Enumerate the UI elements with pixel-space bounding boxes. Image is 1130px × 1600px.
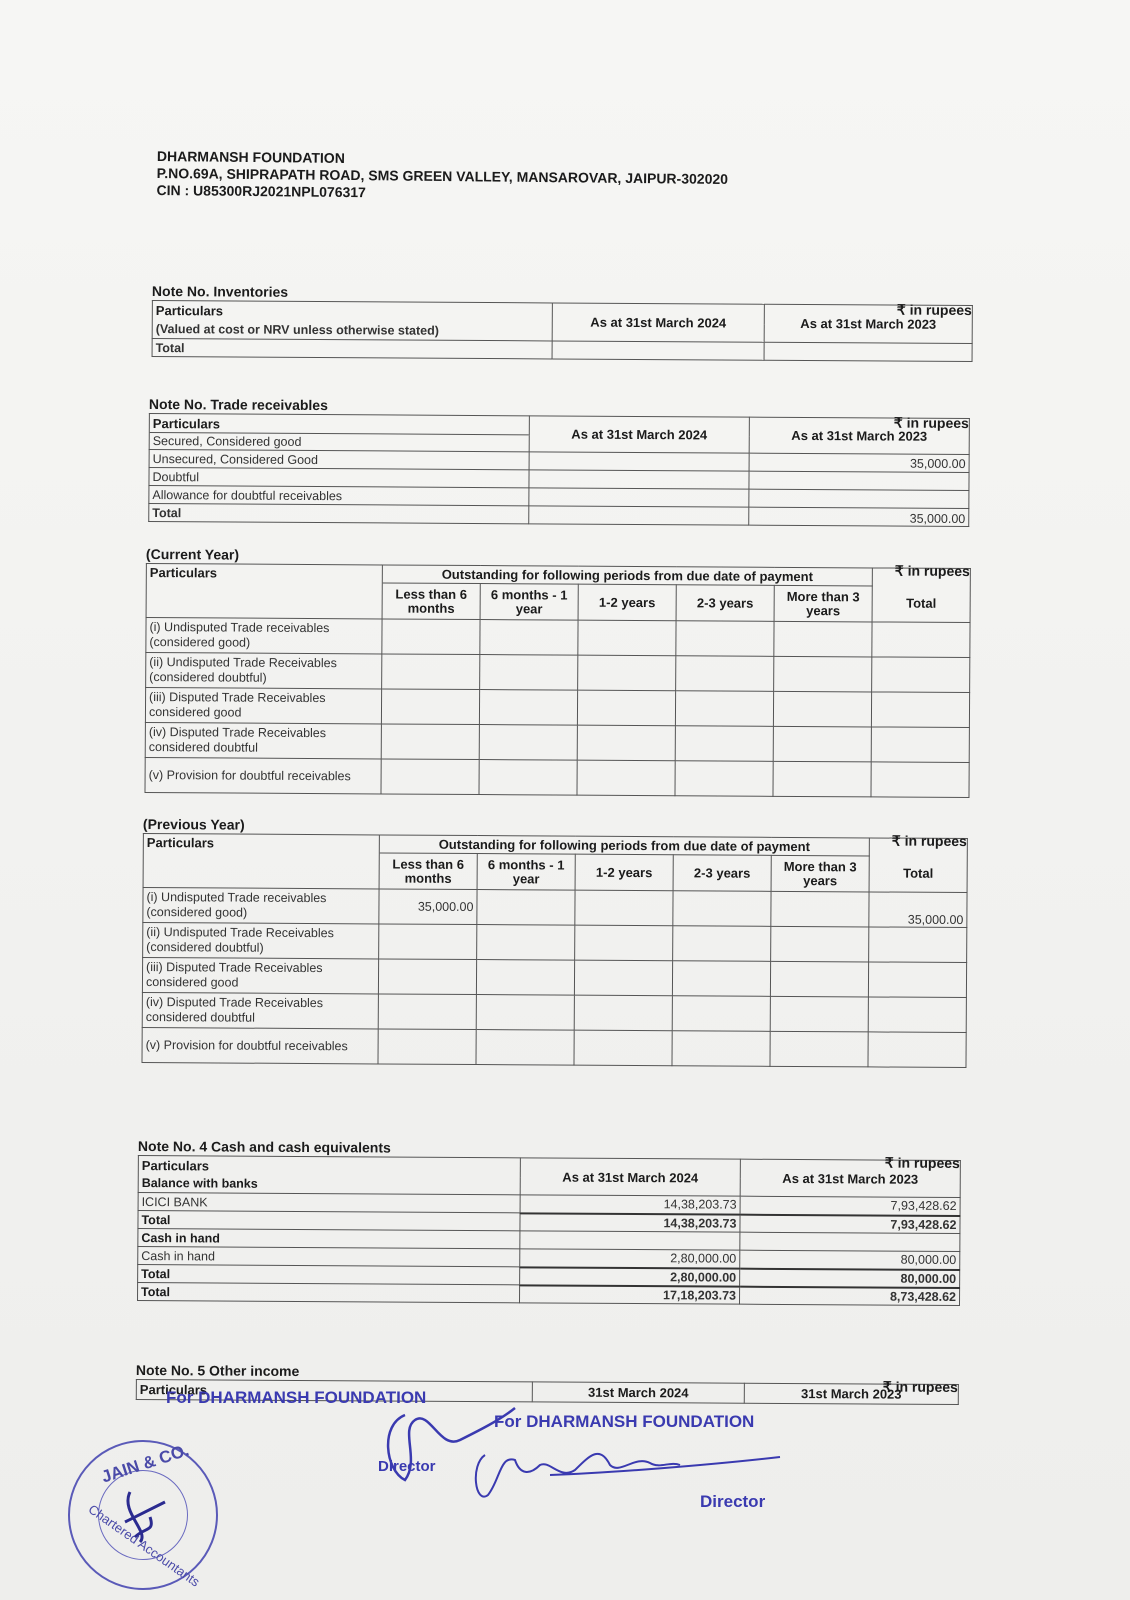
col-2024: As at 31st March 2024 bbox=[552, 303, 764, 342]
cell-value bbox=[378, 1029, 476, 1065]
table-row-label: Total bbox=[138, 1283, 520, 1303]
table-row: (iii) Disputed Trade Receivables conside… bbox=[142, 958, 966, 998]
cell-value bbox=[578, 655, 676, 691]
cell-value bbox=[740, 1232, 960, 1251]
currency-note: ₹ in rupees bbox=[897, 302, 972, 319]
cell-value: 7,93,428.62 bbox=[740, 1214, 960, 1233]
cell-value bbox=[749, 471, 969, 490]
cell-value bbox=[672, 961, 770, 997]
cell-value bbox=[529, 506, 749, 525]
table-row-label: Total bbox=[149, 504, 529, 524]
cell-value: 80,000.00 bbox=[740, 1268, 960, 1287]
table-row: (iii) Disputed Trade Receivables conside… bbox=[145, 688, 969, 728]
cash-table: Particulars As at 31st March 2024 As at … bbox=[137, 1155, 961, 1306]
cell-value: 2,80,000.00 bbox=[520, 1249, 740, 1268]
director-label-1: Director bbox=[378, 1458, 436, 1475]
cell-total bbox=[872, 657, 970, 693]
col-period: 6 months - 1 year bbox=[480, 584, 578, 621]
cell-value bbox=[382, 654, 480, 690]
table-row: (i) Undisputed Trade receivables (consid… bbox=[143, 888, 967, 928]
col-particulars: Particulars bbox=[152, 301, 552, 323]
col-period: Less than 6 months bbox=[382, 583, 480, 620]
table-row: (iv) Disputed Trade Receivables consider… bbox=[145, 722, 969, 762]
cell-value bbox=[574, 960, 672, 996]
company-header: DHARMANSH FOUNDATION P.NO.69A, SHIPRAPAT… bbox=[156, 148, 728, 205]
cell-value bbox=[552, 341, 764, 360]
cell-total bbox=[868, 997, 966, 1033]
currency-note: ₹ in rupees bbox=[883, 1379, 958, 1396]
col-particulars: Particulars bbox=[146, 564, 382, 583]
cell-value: 7,93,428.62 bbox=[740, 1196, 960, 1215]
table-row: (v) Provision for doubtful receivables bbox=[142, 1027, 966, 1067]
cell-value bbox=[529, 452, 749, 471]
table-row: (iv) Disputed Trade Receivables consider… bbox=[142, 992, 966, 1032]
col-particulars: Particulars bbox=[143, 834, 379, 853]
cell-value bbox=[476, 1030, 574, 1066]
cell-total: 35,000.00 bbox=[869, 892, 967, 928]
current-year-table: Particulars Outstanding for following pe… bbox=[144, 563, 970, 798]
cell-value: 14,38,203.73 bbox=[520, 1213, 740, 1232]
table-row-label: (iii) Disputed Trade Receivables conside… bbox=[145, 688, 381, 724]
cell-value bbox=[574, 995, 672, 1031]
col-period: 2-3 years bbox=[673, 855, 771, 892]
cell-value bbox=[675, 726, 773, 762]
table-row-label: (v) Provision for doubtful receivables bbox=[142, 1027, 378, 1063]
table-row-label: Unsecured, Considered Good bbox=[149, 450, 529, 470]
cell-value bbox=[381, 724, 479, 760]
cell-value bbox=[773, 761, 871, 797]
cell-value bbox=[673, 926, 771, 962]
cell-value bbox=[520, 1231, 740, 1250]
cell-total bbox=[871, 762, 969, 798]
table-row-label: Doubtful bbox=[149, 468, 529, 488]
cell-value bbox=[477, 925, 575, 961]
table-row: Total17,18,203.738,73,428.62 bbox=[138, 1283, 960, 1306]
cell-value bbox=[476, 960, 574, 996]
cell-value bbox=[749, 489, 969, 508]
currency-note: ₹ in rupees bbox=[895, 563, 970, 580]
table-row-label: (iv) Disputed Trade Receivables consider… bbox=[142, 992, 378, 1028]
cell-value bbox=[378, 994, 476, 1030]
cell-value: 35,000.00 bbox=[379, 889, 477, 925]
table-row: (i) Undisputed Trade receivables (consid… bbox=[146, 618, 970, 658]
cell-value bbox=[381, 759, 479, 795]
cell-total bbox=[872, 622, 970, 658]
col-period: More than 3 years bbox=[774, 585, 872, 622]
cell-value bbox=[771, 891, 869, 927]
cell-value bbox=[675, 691, 773, 727]
cell-value bbox=[382, 619, 480, 655]
cell-value bbox=[378, 959, 476, 995]
table-row-label: Total bbox=[138, 1211, 520, 1231]
cell-value bbox=[577, 690, 675, 726]
col-period: Less than 6 months bbox=[379, 853, 477, 890]
cell-value bbox=[675, 761, 773, 797]
table-row-label: Cash in hand bbox=[138, 1247, 520, 1267]
col-period: 6 months - 1 year bbox=[477, 854, 575, 891]
inventories-table: Particulars As at 31st March 2024 As at … bbox=[152, 300, 973, 362]
cell-value bbox=[672, 1031, 770, 1067]
cell-value bbox=[774, 621, 872, 657]
cell-total bbox=[871, 727, 969, 763]
table-row-label: (iii) Disputed Trade Receivables conside… bbox=[142, 958, 378, 994]
cell-value bbox=[480, 655, 578, 691]
for-company-label-2: For DHARMANSH FOUNDATION bbox=[494, 1412, 754, 1432]
table-row: (ii) Undisputed Trade Receivables (consi… bbox=[146, 653, 970, 693]
cell-value bbox=[480, 620, 578, 656]
cell-total bbox=[868, 962, 966, 998]
cell-value bbox=[479, 690, 577, 726]
cell-value: 17,18,203.73 bbox=[520, 1285, 740, 1304]
cell-value bbox=[773, 726, 871, 762]
col-period: 1-2 years bbox=[578, 584, 676, 621]
current-year-ageing: (Current Year) ₹ in rupees Particulars O… bbox=[144, 546, 969, 798]
cell-value bbox=[574, 1030, 672, 1066]
table-row-label: Total bbox=[152, 339, 552, 359]
col-period: 1-2 years bbox=[575, 854, 673, 891]
col-particulars: Particulars bbox=[138, 1156, 520, 1177]
cell-value bbox=[577, 725, 675, 761]
cell-value bbox=[575, 890, 673, 926]
trade-receivables-note: Note No. Trade receivables ₹ in rupees P… bbox=[148, 396, 969, 527]
table-row: (ii) Undisputed Trade Receivables (consi… bbox=[143, 923, 967, 963]
cell-total bbox=[869, 927, 967, 963]
signature-area: JAIN & CO. Chartered Accountants For DHA… bbox=[60, 1400, 960, 1600]
table-row-label: Total bbox=[138, 1265, 520, 1285]
cell-value bbox=[673, 891, 771, 927]
cell-value bbox=[676, 621, 774, 657]
cell-value bbox=[770, 996, 868, 1032]
cell-value bbox=[529, 470, 749, 489]
cell-value bbox=[577, 760, 675, 796]
currency-note: ₹ in rupees bbox=[885, 1155, 960, 1172]
inventories-note: Note No. Inventories ₹ in rupees Particu… bbox=[152, 283, 972, 362]
table-row: (v) Provision for doubtful receivables bbox=[145, 757, 969, 797]
stamp-signature-icon bbox=[110, 1482, 180, 1552]
cell-value bbox=[578, 620, 676, 656]
cell-value: 35,000.00 bbox=[749, 453, 969, 472]
col-total: Total bbox=[869, 856, 967, 893]
cell-value: 14,38,203.73 bbox=[520, 1195, 740, 1214]
cell-value bbox=[770, 1031, 868, 1067]
cell-value bbox=[764, 342, 972, 361]
col-period: More than 3 years bbox=[771, 855, 869, 892]
table-row: Total 35,000.00 bbox=[149, 504, 969, 527]
cell-value: 35,000.00 bbox=[749, 507, 969, 526]
document-page: DHARMANSH FOUNDATION P.NO.69A, SHIPRAPAT… bbox=[0, 0, 1130, 1600]
cell-value: 8,73,428.62 bbox=[739, 1286, 959, 1305]
cell-total bbox=[868, 1032, 966, 1068]
trade-receivables-table: Particulars As at 31st March 2024 As at … bbox=[148, 413, 970, 527]
cell-value bbox=[479, 725, 577, 761]
currency-note: ₹ in rupees bbox=[892, 833, 967, 850]
director-label-2: Director bbox=[700, 1492, 765, 1512]
table-row-label: Cash in hand bbox=[138, 1229, 520, 1249]
previous-year-ageing: (Previous Year) ₹ in rupees Particulars … bbox=[141, 816, 966, 1068]
cell-value bbox=[770, 961, 868, 997]
table-row-label: (ii) Undisputed Trade Receivables (consi… bbox=[143, 923, 379, 959]
table-row-label: (i) Undisputed Trade receivables (consid… bbox=[143, 888, 379, 924]
cell-value: 80,000.00 bbox=[740, 1250, 960, 1269]
table-row-label: (v) Provision for doubtful receivables bbox=[145, 757, 381, 793]
table-row-label: Balance with banks bbox=[138, 1175, 520, 1195]
ca-stamp: JAIN & CO. Chartered Accountants bbox=[68, 1440, 218, 1590]
cell-value bbox=[575, 925, 673, 961]
col-particulars: Particulars bbox=[149, 414, 529, 435]
cell-value bbox=[771, 926, 869, 962]
col-2024: As at 31st March 2024 bbox=[520, 1158, 740, 1196]
cell-value bbox=[774, 656, 872, 692]
table-row-label: (ii) Undisputed Trade Receivables (consi… bbox=[146, 653, 382, 689]
cell-value bbox=[381, 689, 479, 725]
previous-year-table: Particulars Outstanding for following pe… bbox=[141, 833, 967, 1068]
cash-note: Note No. 4 Cash and cash equivalents ₹ i… bbox=[137, 1138, 960, 1306]
col-2024: As at 31st March 2024 bbox=[529, 416, 749, 453]
col-total: Total bbox=[872, 586, 970, 623]
cell-value bbox=[672, 996, 770, 1032]
table-row-label: ICICI BANK bbox=[138, 1193, 520, 1213]
currency-note: ₹ in rupees bbox=[894, 415, 969, 432]
cell-value bbox=[476, 995, 574, 1031]
table-row-label: (i) Undisputed Trade receivables (consid… bbox=[146, 618, 382, 654]
cell-value bbox=[676, 656, 774, 692]
cell-value bbox=[479, 760, 577, 796]
col-period: 2-3 years bbox=[676, 585, 774, 622]
cell-value bbox=[477, 890, 575, 926]
cell-total bbox=[871, 692, 969, 728]
cell-value: 2,80,000.00 bbox=[520, 1267, 740, 1286]
cell-value bbox=[529, 488, 749, 507]
cell-value bbox=[773, 691, 871, 727]
table-row-label: Allowance for doubtful receivables bbox=[149, 486, 529, 506]
cell-value bbox=[379, 924, 477, 960]
table-row-label: (iv) Disputed Trade Receivables consider… bbox=[145, 722, 381, 758]
